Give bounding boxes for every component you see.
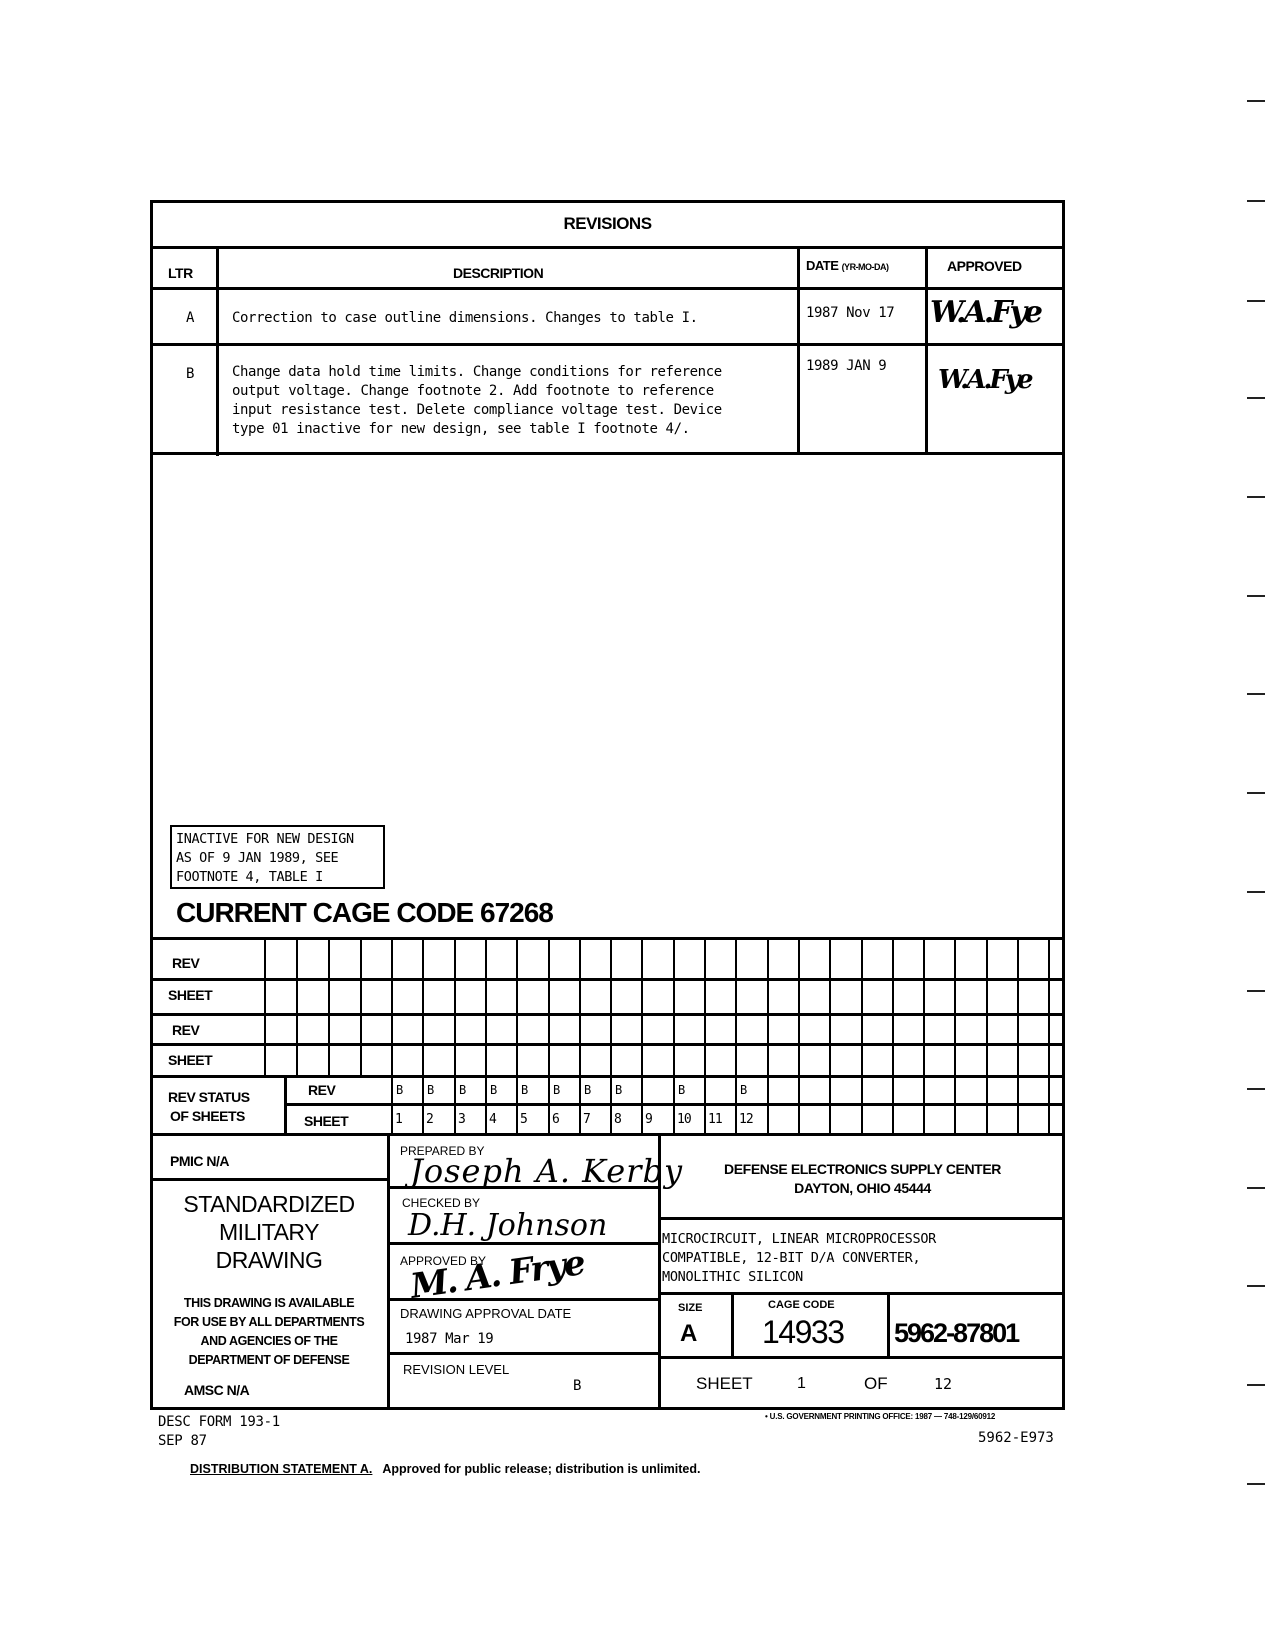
sheet-number-cell: 3	[458, 1112, 465, 1127]
sheet-label: SHEET	[696, 1374, 753, 1394]
agency-name: DEFENSE ELECTRONICS SUPPLY CENTER DAYTON…	[660, 1160, 1065, 1198]
rev-description: Correction to case outline dimensions. C…	[232, 310, 698, 326]
status-sheet-label: SHEET	[304, 1113, 348, 1129]
approver-signature: W.A.Fye	[930, 295, 1040, 330]
grid-divider	[767, 937, 769, 1133]
grid-divider	[548, 937, 550, 1133]
approval-date-label: DRAWING APPROVAL DATE	[400, 1306, 571, 1321]
grid-divider	[610, 937, 612, 1133]
approval-date: 1987 Mar 19	[405, 1331, 493, 1347]
sheet-number-cell: 9	[645, 1112, 652, 1127]
grid-divider	[579, 937, 581, 1133]
sheet-number-cell: 6	[552, 1112, 559, 1127]
of-label: OF	[864, 1374, 888, 1394]
size-label: SIZE	[678, 1302, 702, 1314]
sheet-total: 12	[934, 1375, 952, 1393]
grid-divider	[454, 937, 456, 1133]
distribution-label: DISTRIBUTION STATEMENT A.	[190, 1462, 372, 1476]
document-id: 5962-E973	[978, 1430, 1054, 1446]
header-approved: APPROVED	[947, 258, 1022, 274]
sheet-number-cell: 5	[520, 1112, 527, 1127]
grid-divider	[1048, 937, 1050, 1133]
rev-letter-cell: B	[396, 1083, 403, 1097]
grid-divider	[641, 937, 643, 1133]
grid-divider	[892, 937, 894, 1133]
rev-letter-cell: B	[678, 1083, 685, 1097]
grid-label-rev-1: REV	[172, 955, 199, 971]
grid-label-sheet-2: SHEET	[168, 1052, 212, 1068]
rev-letter-cell: B	[490, 1083, 497, 1097]
grid-divider	[264, 937, 266, 1075]
size-value: A	[680, 1320, 697, 1348]
rev-letter-cell: B	[740, 1083, 747, 1097]
sheet-number-cell: 4	[489, 1112, 496, 1127]
grid-label-rev-2: REV	[172, 1022, 199, 1038]
inactive-notice: INACTIVE FOR NEW DESIGN AS OF 9 JAN 1989…	[170, 825, 385, 889]
grid-divider	[391, 937, 393, 1133]
grid-divider	[735, 937, 737, 1133]
rev-ltr: B	[186, 366, 194, 382]
revision-level-label: REVISION LEVEL	[403, 1362, 509, 1377]
rev-letter-cell: B	[427, 1083, 434, 1097]
sheet-number-cell: 10	[677, 1112, 691, 1127]
rev-description: Change data hold time limits. Change con…	[232, 363, 722, 439]
sheet-number-cell: 1	[395, 1112, 402, 1127]
grid-divider	[954, 937, 956, 1133]
grid-divider	[1017, 937, 1019, 1133]
form-id: DESC FORM 193-1 SEP 87	[158, 1413, 280, 1451]
current-cage-code-banner: CURRENT CAGE CODE 67268	[176, 897, 553, 929]
drawing-number: 5962-87801	[894, 1318, 1018, 1349]
grid-divider	[360, 937, 362, 1075]
distribution-statement: DISTRIBUTION STATEMENT A. Approved for p…	[190, 1462, 700, 1476]
header-date: DATE (YR-MO-DA)	[806, 258, 889, 273]
prepared-by-signature: Joseph A. Kerby	[410, 1152, 683, 1190]
sheet-number-cell: 11	[708, 1112, 722, 1127]
pmic-label: PMIC N/A	[170, 1153, 229, 1169]
smd-title: STANDARDIZED MILITARY DRAWING	[150, 1190, 388, 1274]
grid-divider	[673, 937, 675, 1133]
distribution-text: Approved for public release; distributio…	[382, 1462, 700, 1476]
of-sheets-label: OF SHEETS	[170, 1108, 245, 1124]
sheet-number-cell: 12	[739, 1112, 753, 1127]
grid-divider	[923, 937, 925, 1133]
status-rev-label: REV	[308, 1082, 335, 1098]
grid-divider	[704, 937, 706, 1133]
rev-letter-cell: B	[553, 1083, 560, 1097]
rev-letter-cell: B	[521, 1083, 528, 1097]
header-description: DESCRIPTION	[453, 265, 543, 281]
grid-divider	[296, 937, 298, 1075]
gpo-notice: • U.S. GOVERNMENT PRINTING OFFICE: 1987 …	[765, 1412, 995, 1421]
drawing-title: MICROCIRCUIT, LINEAR MICROPROCESSOR COMP…	[662, 1230, 936, 1287]
cage-code-label: CAGE CODE	[768, 1299, 835, 1311]
grid-divider	[485, 937, 487, 1133]
revisions-title: REVISIONS	[150, 214, 1065, 234]
rev-date: 1989 JAN 9	[806, 358, 886, 374]
amsc-label: AMSC N/A	[184, 1382, 249, 1398]
approver-signature: W.A.Fye	[938, 365, 1031, 395]
rev-letter-cell: B	[584, 1083, 591, 1097]
rev-ltr: A	[186, 310, 194, 326]
sheet-number-cell: 2	[426, 1112, 433, 1127]
rev-date: 1987 Nov 17	[806, 305, 894, 321]
cage-code: 14933	[762, 1314, 843, 1351]
sheet-number: 1	[797, 1375, 806, 1393]
availability-statement: THIS DRAWING IS AVAILABLE FOR USE BY ALL…	[150, 1294, 388, 1370]
grid-divider	[986, 937, 988, 1133]
grid-divider	[516, 937, 518, 1133]
grid-divider	[328, 937, 330, 1075]
rev-letter-cell: B	[615, 1083, 622, 1097]
grid-divider	[861, 937, 863, 1133]
checked-by-signature: D.H. Johnson	[408, 1208, 607, 1243]
grid-divider	[422, 937, 424, 1133]
sheet-number-cell: 7	[583, 1112, 590, 1127]
sheet-number-cell: 8	[614, 1112, 621, 1127]
revision-level: B	[573, 1378, 581, 1394]
rev-letter-cell: B	[459, 1083, 466, 1097]
grid-label-sheet-1: SHEET	[168, 987, 212, 1003]
grid-divider	[829, 937, 831, 1133]
rev-status-label: REV STATUS	[168, 1089, 250, 1105]
grid-divider	[798, 937, 800, 1133]
header-ltr: LTR	[168, 265, 193, 281]
